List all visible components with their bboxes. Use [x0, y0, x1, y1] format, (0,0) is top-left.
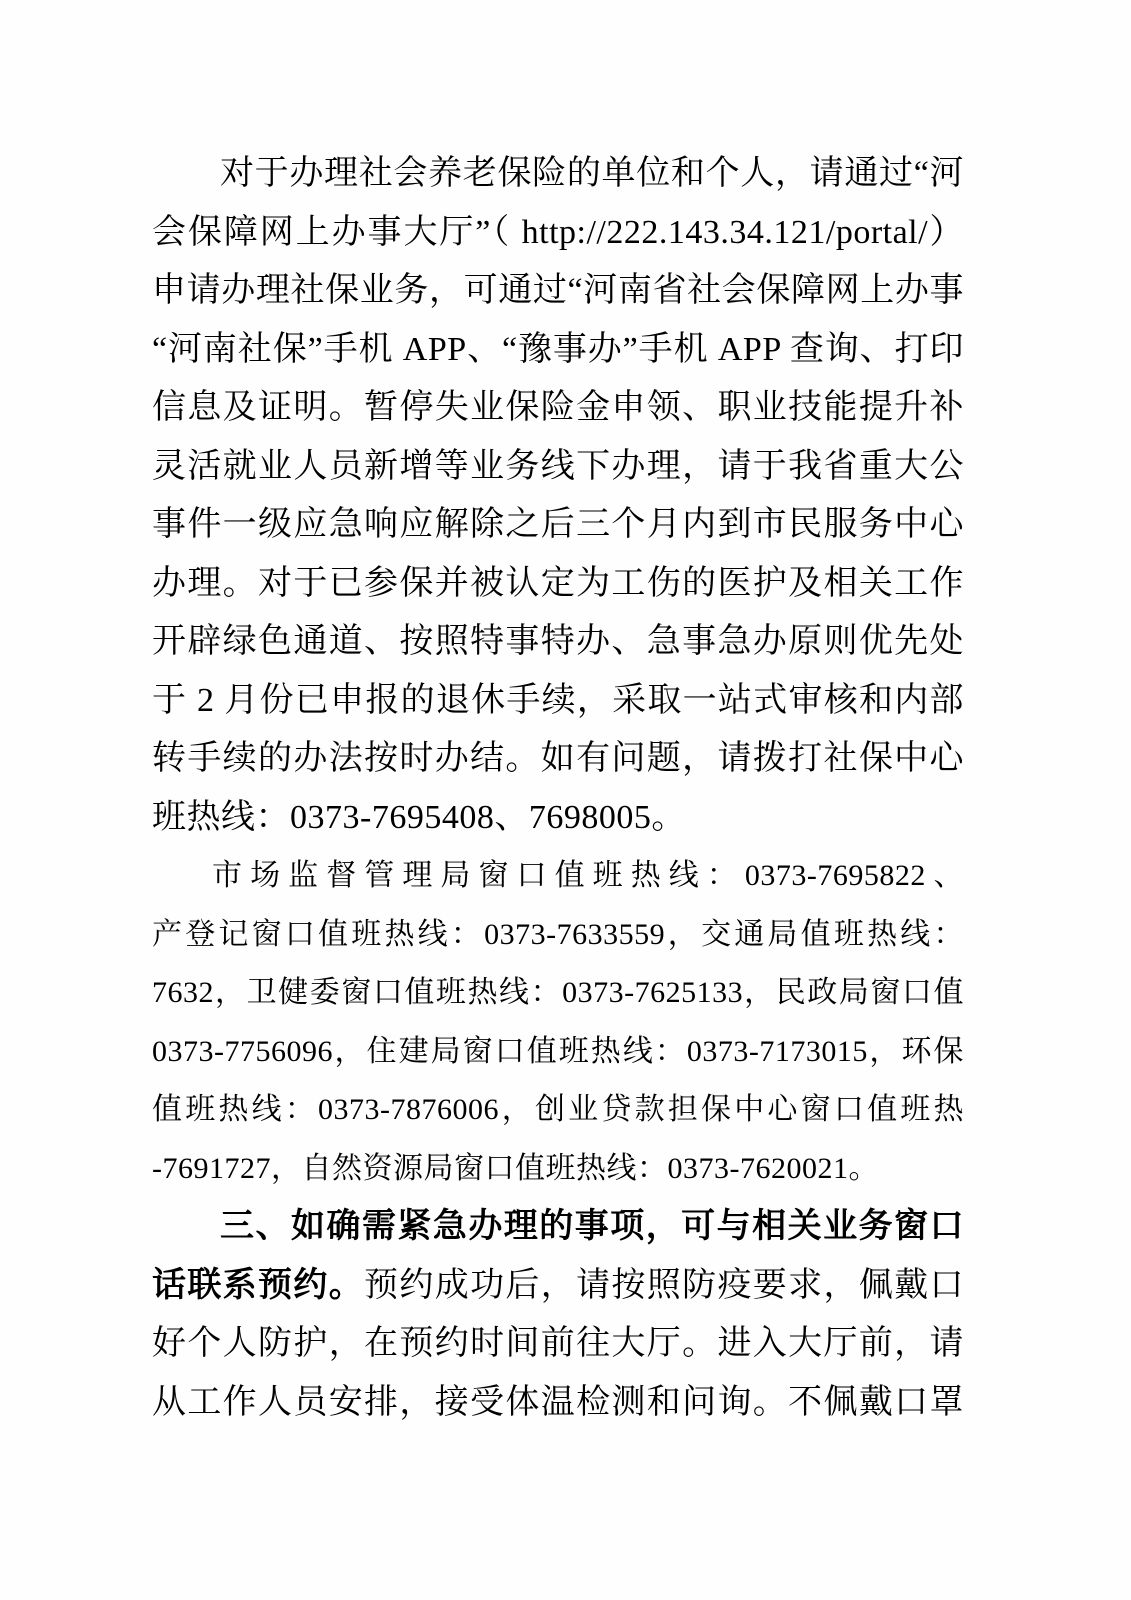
text-line: 三、如确需紧急办理的事项，可与相关业务窗口预留电 — [152, 1198, 964, 1257]
text-segment: 信息及证明。暂停失业保险金申领、职业技能提升补贴申领、 — [152, 389, 964, 438]
text-line: 转手续的办法按时办结。如有问题，请拨打社保中心窗口值 — [152, 730, 964, 789]
text-line: 班热线：0373-7695408、7698005。 — [152, 789, 964, 848]
text-segment: 从工作人员安排，接受体温检测和问询。不佩戴口罩或发现 — [152, 1384, 964, 1433]
text-segment: -7691727，自然资源局窗口值班热线：0373-7620021。 — [152, 1152, 879, 1185]
text-line: 灵活就业人员新增等业务线下办理，请于我省重大公共卫生 — [152, 438, 964, 497]
text-line: 对于办理社会养老保险的单位和个人，请通过“河南省社 — [152, 145, 964, 204]
bold-text-segment: 三、如确需紧急办理的事项，可与相关业务窗口预留电 — [152, 1208, 964, 1257]
paragraph-social-insurance-notice: 对于办理社会养老保险的单位和个人，请通过“河南省社会保障网上办事大厅”（ htt… — [152, 145, 964, 847]
text-line: 会保障网上办事大厅”（ http://222.143.34.121/portal… — [152, 204, 964, 263]
text-segment: 申请办理社保业务，可通过“河南省社会保障网上办事大厅”、 — [152, 272, 964, 321]
text-segment: 办理。对于已参保并被认定为工伤的医护及相关工作人员， — [152, 565, 964, 614]
notice-text-block: 对于办理社会养老保险的单位和个人，请通过“河南省社会保障网上办事大厅”（ htt… — [152, 145, 964, 1432]
text-line: 好个人防护，在预约时间前往大厅。进入大厅前，请自觉服 — [152, 1315, 964, 1374]
text-segment: 会保障网上办事大厅”（ http://222.143.34.121/portal… — [152, 214, 964, 251]
text-line: 开辟绿色通道、按照特事特办、急事急办原则优先处理。对 — [152, 613, 964, 672]
text-line: 产登记窗口值班热线：0373-7633559，交通局值班热线：0373-762 — [152, 906, 964, 965]
text-line: 于 2 月份已申报的退休手续，采取一站式审核和内部集中流 — [152, 672, 964, 731]
text-segment: “河南社保”手机 APP、“豫事办”手机 APP 查询、打印社保 — [152, 331, 964, 380]
text-segment: 班热线：0373-7695408、7698005。 — [152, 799, 686, 836]
text-line: 信息及证明。暂停失业保险金申领、职业技能提升补贴申领、 — [152, 379, 964, 438]
text-line: 值班热线：0373-7876006，创业贷款担保中心窗口值班热线：0373 — [152, 1081, 964, 1140]
text-segment: 于 2 月份已申报的退休手续，采取一站式审核和内部集中流 — [152, 682, 964, 731]
text-line: 话联系预约。预约成功后，请按照防疫要求，佩戴口罩，做 — [152, 1257, 964, 1316]
text-line: 办理。对于已参保并被认定为工伤的医护及相关工作人员， — [152, 555, 964, 614]
text-segment: 事件一级应急响应解除之后三个月内到市民服务中心大厅 — [152, 506, 964, 555]
text-line: 7632，卫健委窗口值班热线：0373-7625133，民政局窗口值班热线： — [152, 964, 964, 1023]
text-line: 从工作人员安排，接受体温检测和问询。不佩戴口罩或发现 — [152, 1374, 964, 1433]
text-segment: 产登记窗口值班热线：0373-7633559，交通局值班热线：0373-762 — [152, 918, 964, 965]
text-segment: 7632，卫健委窗口值班热线：0373-7625133，民政局窗口值班热线： — [152, 976, 964, 1023]
text-segment: 好个人防护，在预约时间前往大厅。进入大厅前，请自觉服 — [152, 1325, 964, 1374]
text-line: -7691727，自然资源局窗口值班热线：0373-7620021。 — [152, 1140, 964, 1199]
text-segment: 0373-7756096，住建局窗口值班热线：0373-7173015，环保局窗… — [152, 1035, 964, 1082]
text-line: 申请办理社保业务，可通过“河南省社会保障网上办事大厅”、 — [152, 262, 964, 321]
text-segment: 对于办理社会养老保险的单位和个人，请通过“河南省社 — [152, 155, 964, 204]
text-segment: 值班热线：0373-7876006，创业贷款担保中心窗口值班热线：0373 — [152, 1093, 964, 1140]
text-segment: 转手续的办法按时办结。如有问题，请拨打社保中心窗口值 — [152, 740, 964, 789]
paragraph-department-hotlines: 市场监督管理局窗口值班热线：0373-7695822、7759399，不动产登记… — [152, 847, 964, 1198]
text-line: “河南社保”手机 APP、“豫事办”手机 APP 查询、打印社保 — [152, 321, 964, 380]
paragraph-urgent-appointment: 三、如确需紧急办理的事项，可与相关业务窗口预留电话联系预约。预约成功后，请按照防… — [152, 1198, 964, 1432]
text-segment: 市场监督管理局窗口值班热线：0373-7695822、7759399，不动 — [152, 859, 964, 906]
bold-text-segment: 话联系预约。 — [152, 1267, 364, 1304]
document-page: 对于办理社会养老保险的单位和个人，请通过“河南省社会保障网上办事大厅”（ htt… — [0, 0, 1131, 1600]
text-line: 市场监督管理局窗口值班热线：0373-7695822、7759399，不动 — [152, 847, 964, 906]
text-line: 0373-7756096，住建局窗口值班热线：0373-7173015，环保局窗… — [152, 1023, 964, 1082]
text-segment: 开辟绿色通道、按照特事特办、急事急办原则优先处理。对 — [152, 623, 964, 672]
text-line: 事件一级应急响应解除之后三个月内到市民服务中心大厅 — [152, 496, 964, 555]
text-segment: 灵活就业人员新增等业务线下办理，请于我省重大公共卫生 — [152, 448, 964, 497]
